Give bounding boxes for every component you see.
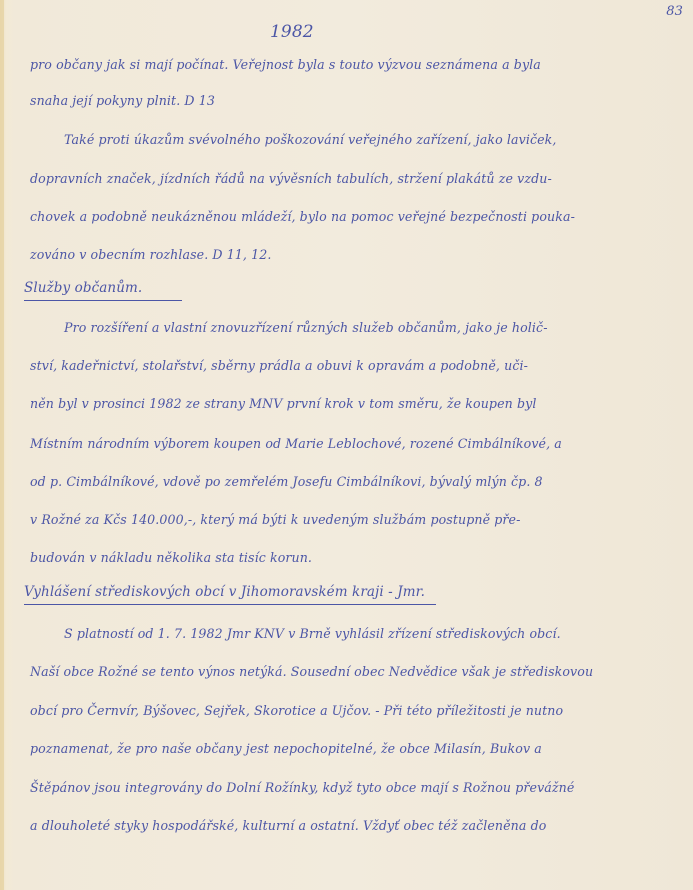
section-heading: Služby občanům. bbox=[24, 280, 142, 299]
text-line: a dlouholeté styky hospodářské, kulturní… bbox=[30, 818, 546, 833]
section-heading: Vyhlášení střediskových obcí v Jihomorav… bbox=[24, 584, 425, 603]
text-line: Také proti úkazům svévolného poškozování… bbox=[64, 132, 557, 147]
text-line: Naší obce Rožné se tento výnos netýká. S… bbox=[30, 664, 593, 679]
text-line: snaha její pokyny plnit. D 13 bbox=[30, 93, 215, 108]
section-heading-text: Vyhlášení střediskových obcí v Jihomorav… bbox=[24, 584, 425, 600]
text-line: pro občany jak si mají počínat. Veřejnos… bbox=[30, 57, 541, 72]
manuscript-page: 83 1982 pro občany jak si mají počínat. … bbox=[0, 0, 693, 890]
section-heading-text: Služby občanům. bbox=[24, 280, 142, 296]
text-line: Místním národním výborem koupen od Marie… bbox=[30, 436, 562, 451]
text-line: S platností od 1. 7. 1982 Jmr KNV v Brně… bbox=[64, 626, 561, 641]
text-line: něn byl v prosinci 1982 ze strany MNV pr… bbox=[30, 396, 536, 411]
text-line: v Rožné za Kčs 140.000,-, který má býti … bbox=[30, 512, 520, 527]
text-line: dopravních značek, jízdních řádů na vývě… bbox=[30, 171, 552, 186]
year-heading: 1982 bbox=[270, 22, 314, 42]
text-line: zováno v obecním rozhlase. D 11, 12. bbox=[30, 247, 271, 262]
heading-underline bbox=[24, 300, 182, 301]
text-line: chovek a podobně neukázněnou mládeží, by… bbox=[30, 209, 575, 224]
text-line: budován v nákladu několika sta tisíc kor… bbox=[30, 550, 312, 565]
text-line: poznamenat, že pro naše občany jest nepo… bbox=[30, 741, 542, 756]
page-number: 83 bbox=[666, 4, 683, 19]
heading-underline bbox=[24, 604, 436, 605]
text-line: Pro rozšíření a vlastní znovuzřízení růz… bbox=[64, 320, 548, 335]
text-line: obcí pro Černvír, Býšovec, Sejřek, Skoro… bbox=[30, 703, 563, 718]
text-line: Štěpánov jsou integrovány do Dolní Rožín… bbox=[30, 780, 574, 795]
text-line: od p. Cimbálníkové, vdově po zemřelém Jo… bbox=[30, 474, 543, 489]
text-line: ství, kadeřnictví, stolařství, sběrny pr… bbox=[30, 358, 528, 373]
